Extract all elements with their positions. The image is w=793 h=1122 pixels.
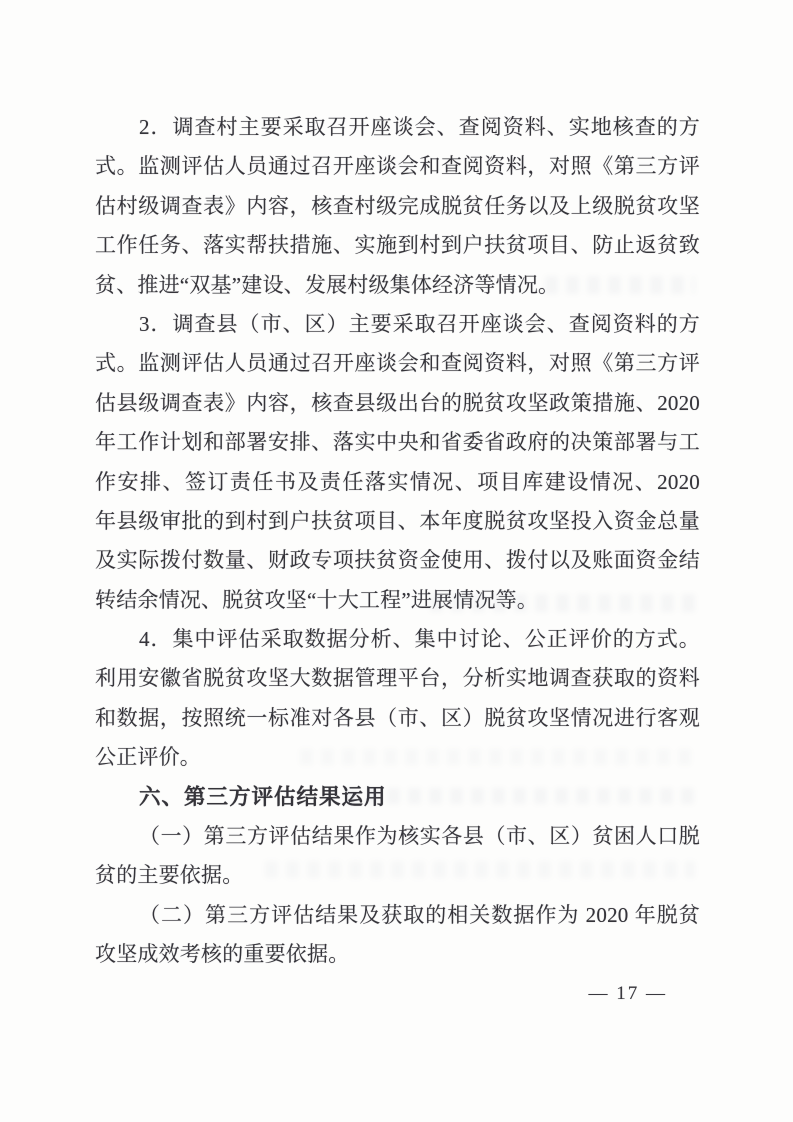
text-line: 转结余情况、脱贫攻坚“十大工程”进展情况等。 [95,581,700,620]
section-heading: 六、第三方评估结果运用 [95,778,700,817]
page-number: — 17 — [589,983,668,1005]
text-line: 及实际拨付数量、财政专项扶贫资金使用、拨付以及账面资金结 [95,541,700,580]
text-line: 攻坚成效考核的重要依据。 [95,935,700,974]
document-text-block: 2．调查村主要采取召开座谈会、查阅资料、实地核查的方式。监测评估人员通过召开座谈… [95,108,700,975]
text-line: （一）第三方评估结果作为核实各县（市、区）贫困人口脱 [95,817,700,856]
text-line: 年县级审批的到村到户扶贫项目、本年度脱贫攻坚投入资金总量 [95,502,700,541]
document-page: 2．调查村主要采取召开座谈会、查阅资料、实地核查的方式。监测评估人员通过召开座谈… [0,0,793,1122]
text-line: 3．调查县（市、区）主要采取召开座谈会、查阅资料的方 [95,305,700,344]
text-line: 式。监测评估人员通过召开座谈会和查阅资料，对照《第三方评 [95,344,700,383]
text-line: （二）第三方评估结果及获取的相关数据作为 2020 年脱贫 [95,896,700,935]
text-line: 和数据，按照统一标准对各县（市、区）脱贫攻坚情况进行客观 [95,699,700,738]
text-line: 贫的主要依据。 [95,856,700,895]
text-line: 利用安徽省脱贫攻坚大数据管理平台，分析实地调查获取的资料 [95,659,700,698]
text-line: 估村级调查表》内容，核查村级完成脱贫任务以及上级脱贫攻坚 [95,187,700,226]
text-line: 作安排、签订责任书及责任落实情况、项目库建设情况、2020 [95,463,700,502]
text-line: 年工作计划和部署安排、落实中央和省委省政府的决策部署与工 [95,423,700,462]
text-line: 贫、推进“双基”建设、发展村级集体经济等情况。 [95,266,700,305]
text-line: 工作任务、落实帮扶措施、实施到村到户扶贫项目、防止返贫致 [95,226,700,265]
text-line: 4．集中评估采取数据分析、集中讨论、公正评价的方式。 [95,620,700,659]
text-line: 估县级调查表》内容，核查县级出台的脱贫攻坚政策措施、2020 [95,384,700,423]
text-line: 2．调查村主要采取召开座谈会、查阅资料、实地核查的方 [95,108,700,147]
text-line: 式。监测评估人员通过召开座谈会和查阅资料，对照《第三方评 [95,147,700,186]
text-line: 公正评价。 [95,738,700,777]
